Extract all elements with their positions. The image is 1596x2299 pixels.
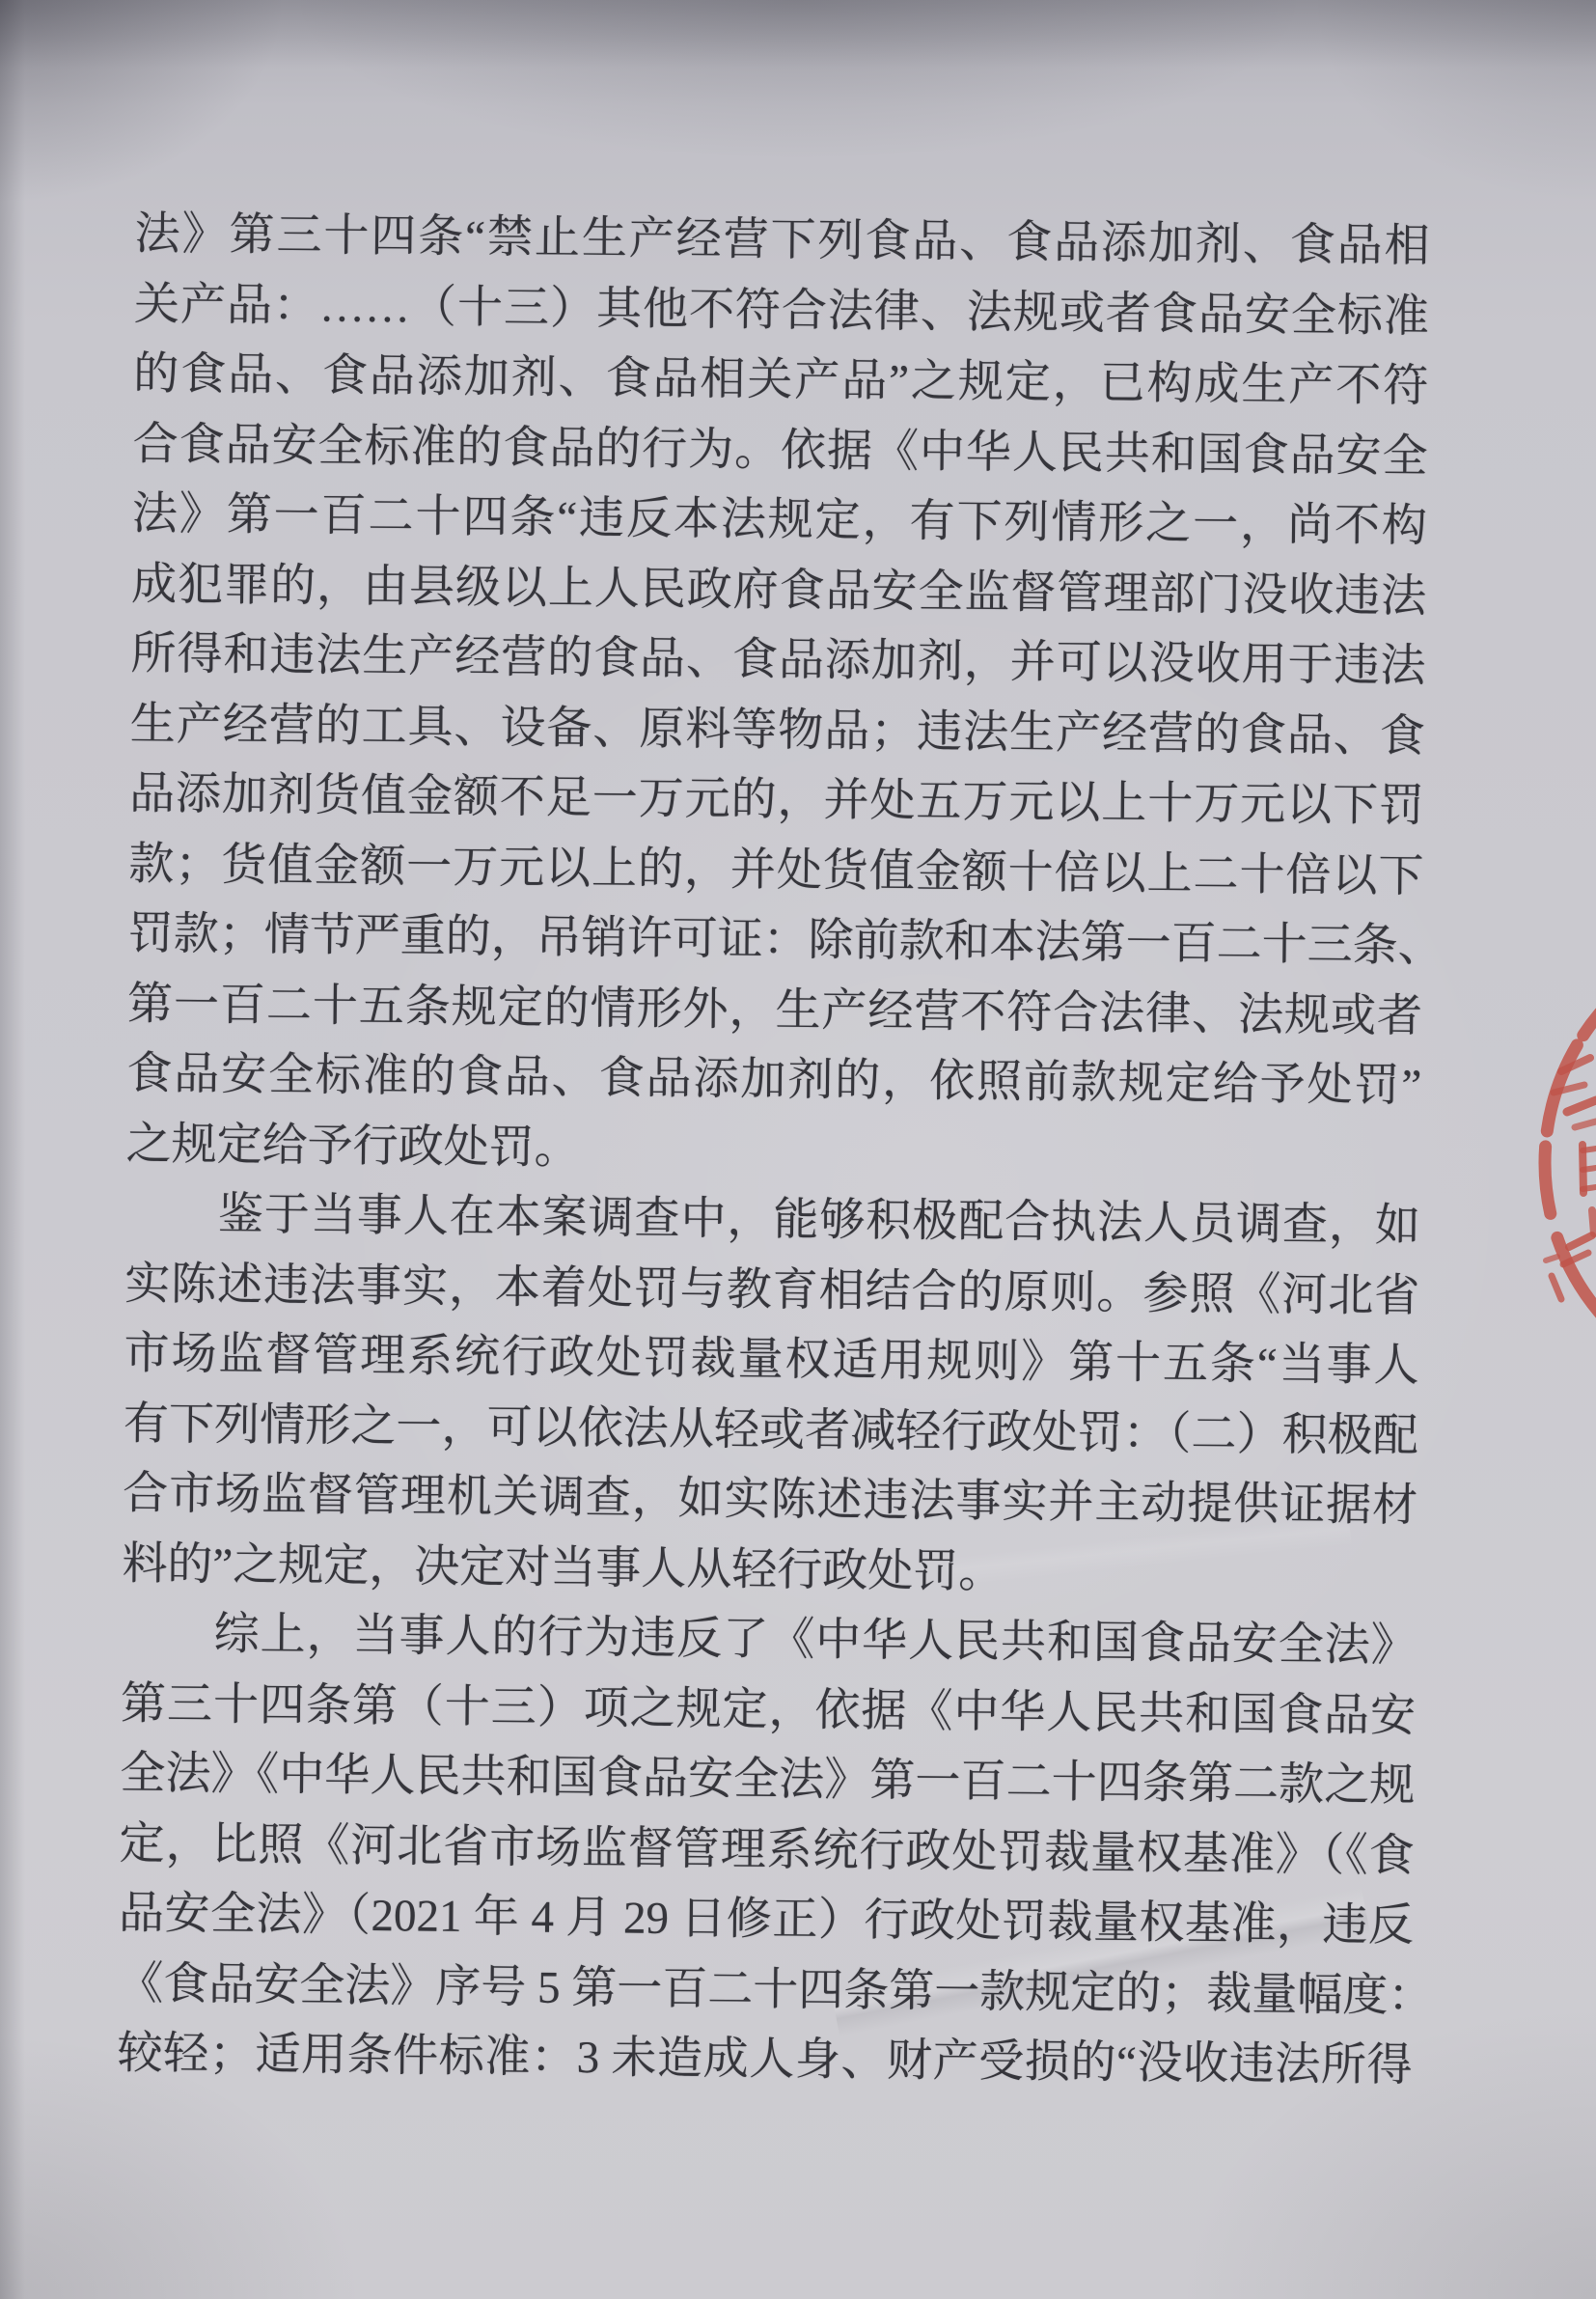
text-line: 第三十四条第（十三）项之规定，依据《中华人民共和国食品安 — [121, 1669, 1417, 1751]
text-line: 的食品、食品添加剂、食品相关产品”之规定，已构成生产不符 — [133, 340, 1429, 422]
para-conclusion: 综上，当事人的行为违反了《中华人民共和国食品安全法》第三十四条第（十三）项之规定… — [117, 1598, 1417, 2100]
text-line: 第一百二十五条规定的情形外，生产经营不符合法律、法规或者 — [127, 969, 1423, 1051]
paper-top-shadow — [0, 0, 1596, 68]
text-line: 合食品安全标准的食品的行为。依据《中华人民共和国食品安全 — [132, 409, 1428, 491]
text-line: 所得和违法生产经营的食品、食品添加剂，并可以没收用于违法 — [130, 620, 1426, 702]
text-line: 之规定给予行政处罚。 — [125, 1109, 1421, 1191]
text-line: 综上，当事人的行为违反了《中华人民共和国食品安全法》 — [121, 1598, 1417, 1680]
para-legal-basis: 法》第三十四条“禁止生产经营下列食品、食品添加剂、食品相关产品：……（十三）其他… — [125, 200, 1430, 1192]
para-mitigation: 鉴于当事人在本案调查中，能够积极配合执法人员调查，如实陈述违法事实，本着处罚与教… — [122, 1179, 1420, 1612]
document-photo: 法》第三十四条“禁止生产经营下列食品、食品添加剂、食品相关产品：……（十三）其他… — [0, 0, 1596, 2299]
text-line: 料的”之规定，决定对当事人从轻行政处罚。 — [122, 1529, 1417, 1611]
text-line: 市场监督管理系统行政处罚裁量权适用规则》第十五条“当事人 — [124, 1319, 1419, 1401]
paper-left-shadow — [0, 0, 25, 2299]
text-line: 较轻；适用条件标准：3 未造成人身、财产受损的“没收违法所得 — [117, 2018, 1413, 2100]
official-seal-stamp-icon — [1528, 1004, 1596, 1322]
text-line: 有下列情形之一，可以依法从轻或者减轻行政处罚：（二）积极配 — [124, 1389, 1419, 1471]
text-line: 成犯罪的，由县级以上人民政府食品安全监督管理部门没收违法 — [131, 549, 1427, 631]
text-line: 实陈述违法事实，本着处罚与教育相结合的原则。参照《河北省 — [124, 1249, 1420, 1331]
text-line: 法》第三十四条“禁止生产经营下列食品、食品添加剂、食品相 — [134, 200, 1430, 282]
text-line: 合市场监督管理机关调查，如实陈述违法事实并主动提供证据材 — [123, 1458, 1418, 1540]
text-line: 品安全法》（2021 年 4 月 29 日修正）行政处罚裁量权基准，违反 — [119, 1878, 1415, 1960]
text-line: 生产经营的工具、设备、原料等物品；违法生产经营的食品、食 — [129, 689, 1425, 771]
text-line: 食品安全标准的食品、食品添加剂的，依照前款规定给予处罚” — [126, 1039, 1422, 1122]
text-line: 款；货值金额一万元以上的，并处货值金额十倍以上二十倍以下 — [128, 829, 1424, 911]
document-text: 法》第三十四条“禁止生产经营下列食品、食品添加剂、食品相关产品：……（十三）其他… — [117, 200, 1430, 2101]
text-line: 鉴于当事人在本案调查中，能够积极配合执法人员调查，如 — [125, 1179, 1421, 1261]
text-line: 定，比照《河北省市场监督管理系统行政处罚裁量权基准》（《食 — [119, 1809, 1415, 1891]
text-line: 《食品安全法》序号 5 第一百二十四条第一款规定的；裁量幅度： — [118, 1949, 1414, 2031]
text-line: 品添加剂货值金额不足一万元的，并处五万元以上十万元以下罚 — [129, 760, 1425, 842]
text-line: 全法》《中华人民共和国食品安全法》第一百二十四条第二款之规 — [120, 1738, 1416, 1820]
text-line: 关产品：……（十三）其他不符合法律、法规或者食品安全标准 — [134, 269, 1430, 351]
text-line: 法》第一百二十四条“违反本法规定，有下列情形之一，尚不构 — [132, 480, 1428, 562]
text-line: 罚款；情节严重的，吊销许可证：除前款和本法第一百二十三条、 — [127, 900, 1423, 982]
